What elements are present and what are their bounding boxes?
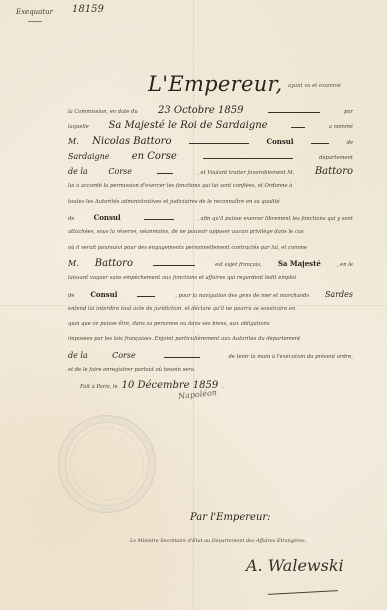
blank-rule — [311, 143, 329, 144]
exequatur-underline — [28, 21, 42, 22]
blank-rule — [189, 143, 249, 144]
handwritten-country: Sardaigne — [68, 149, 110, 164]
blank-rule — [157, 173, 173, 174]
printed-text: quoi que ce puisse être, dans sa personn… — [68, 317, 270, 332]
blank-rule — [144, 219, 174, 220]
printed-text: lui a accordé la permission d'exercer le… — [68, 179, 292, 194]
document-number: 18159 — [72, 4, 104, 15]
body-line: de la Corse , et Voulant traiter favorab… — [68, 164, 353, 179]
minister-signature: A. Walewski — [246, 556, 344, 575]
handwritten-title: Consul — [94, 210, 121, 225]
blank-rule — [268, 112, 320, 113]
printed-text: où il serait poursuivi pour des engageme… — [68, 241, 307, 256]
body-line: de Consul , afin qu'il puisse exercer li… — [68, 210, 353, 225]
printed-text: toutes les Autorités administratives et … — [68, 195, 280, 210]
document-body: la Commission, en date du 23 Octobre 185… — [68, 103, 353, 394]
countersign-heading: Par l'Empereur: — [190, 512, 271, 523]
handwritten-text: de la — [68, 348, 88, 363]
body-line: et de le faire enregistrer partout où be… — [68, 363, 353, 378]
printed-text: entend lui interdire tout acte de juridi… — [68, 302, 295, 317]
handwritten-department: Corse — [108, 164, 132, 179]
printed-text: M. — [68, 256, 79, 271]
body-line: Sardaigne en Corse département — [68, 149, 353, 164]
printed-text: . — [222, 380, 224, 395]
handwritten-title: Consul — [267, 134, 294, 149]
printed-text: M. — [68, 134, 79, 149]
body-line: attachées, sous la réserve, néanmoins, d… — [68, 225, 353, 240]
title-continuation: ayant vu et examiné — [288, 83, 341, 89]
seal-inner-ring — [70, 427, 144, 501]
handwritten-sovereign: Sa Majesté le Roi de Sardaigne — [109, 118, 268, 133]
blank-rule — [203, 158, 293, 159]
handwritten-majesty: Sa Majesté — [278, 256, 321, 271]
printed-text: Fait à Paris, le — [80, 380, 118, 395]
body-line: entend lui interdire tout acte de juridi… — [68, 302, 353, 317]
handwritten-nationality: Sardes — [325, 287, 353, 302]
body-line: la Commission, en date du 23 Octobre 185… — [68, 103, 353, 118]
handwritten-title: Consul — [90, 287, 117, 302]
exequatur-label: Exequatur — [16, 8, 53, 16]
handwritten-date: 23 Octobre 1859 — [158, 103, 243, 118]
document-title: L'Empereur, — [148, 72, 283, 96]
body-line: où il serait poursuivi pour des engageme… — [68, 241, 353, 256]
handwritten-department: Corse — [112, 348, 136, 363]
handwritten-location: en Corse — [132, 149, 177, 164]
blank-rule — [291, 127, 305, 128]
body-line: toutes les Autorités administratives et … — [68, 195, 353, 210]
body-line: laissant vaquer sans empêchement aux fon… — [68, 271, 353, 286]
printed-text: laissant vaquer sans empêchement aux fon… — [68, 271, 296, 286]
body-line: M. Nicolas Battoro Consul de — [68, 134, 353, 149]
handwritten-name: Battoro — [315, 164, 353, 179]
body-line: de Consul , pour la navigation des gens … — [68, 287, 353, 302]
handwritten-text: de la — [68, 164, 88, 179]
body-line: laquelle Sa Majesté le Roi de Sardaigne … — [68, 118, 353, 133]
body-line: de la Corse de tenir la main à l'exécuti… — [68, 348, 353, 363]
minister-title: Le Ministre Secrétaire d'État au Départe… — [130, 538, 306, 544]
blank-rule — [137, 296, 155, 297]
handwritten-name: Battoro — [95, 256, 133, 271]
body-line: quoi que ce puisse être, dans sa personn… — [68, 317, 353, 332]
body-line: imposées par les lois françaises. Enjoin… — [68, 332, 353, 347]
printed-text: imposées par les lois françaises. Enjoin… — [68, 332, 300, 347]
handwritten-name: Nicolas Battoro — [92, 134, 171, 149]
body-line: M. Battoro est sujet français, Sa Majest… — [68, 256, 353, 271]
blank-rule — [164, 357, 200, 358]
printed-text: attachées, sous la réserve, néanmoins, d… — [68, 225, 304, 240]
body-line: lui a accordé la permission d'exercer le… — [68, 179, 353, 194]
blank-rule — [153, 265, 195, 266]
printed-text: et de le faire enregistrer partout où be… — [68, 363, 196, 378]
